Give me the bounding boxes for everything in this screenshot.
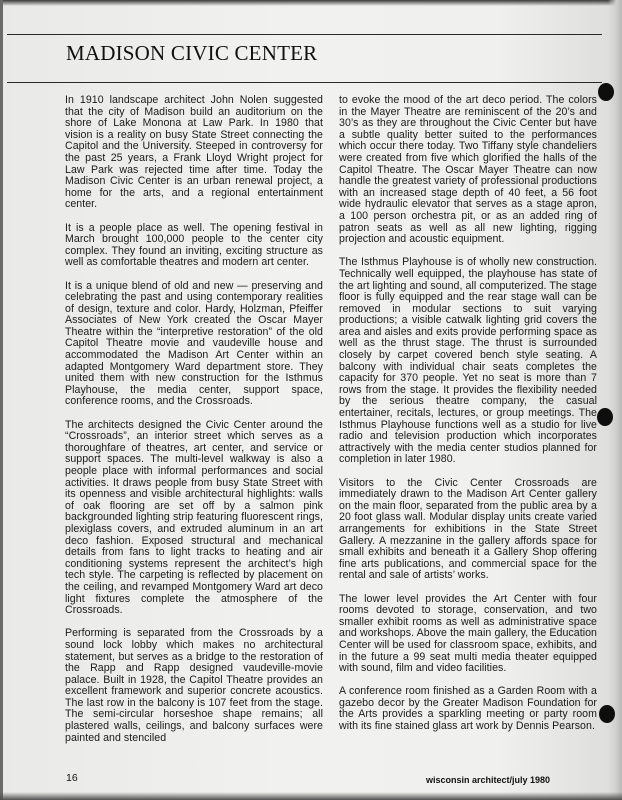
binder-hole-icon xyxy=(599,705,615,723)
left-column: In 1910 landscape architect John Nolen s… xyxy=(65,95,323,756)
publication-credit: wisconsin architect/july 1980 xyxy=(426,775,550,785)
page-title: MADISON CIVIC CENTER xyxy=(66,41,317,66)
scan-shadow-bottom xyxy=(0,792,622,800)
magazine-page: MADISON CIVIC CENTER In 1910 landscape a… xyxy=(0,0,622,800)
binder-hole-icon xyxy=(597,408,613,426)
paragraph: A conference room finished as a Garden R… xyxy=(339,686,597,732)
paragraph: The architects designed the Civic Center… xyxy=(65,420,323,617)
title-rule-top xyxy=(7,34,602,35)
paragraph: The Isthmus Playhouse is of wholly new c… xyxy=(339,257,597,466)
paragraph: The lower level provides the Art Center … xyxy=(339,594,597,675)
paragraph: It is a people place as well. The openin… xyxy=(65,223,323,269)
paragraph: Visitors to the Civic Center Crossroads … xyxy=(339,478,597,582)
page-number: 16 xyxy=(66,772,78,784)
right-column: to evoke the mood of the art deco period… xyxy=(339,95,597,744)
title-rule-bottom xyxy=(7,82,602,83)
scan-edge-right xyxy=(608,0,622,800)
paragraph: In 1910 landscape architect John Nolen s… xyxy=(65,95,323,211)
scan-edge-left xyxy=(0,0,3,800)
paragraph: Performing is separated from the Crossro… xyxy=(65,628,323,744)
scan-shadow-top xyxy=(0,0,622,6)
paragraph: to evoke the mood of the art deco period… xyxy=(339,95,597,246)
binder-hole-icon xyxy=(598,83,614,101)
paragraph: It is a unique blend of old and new — pr… xyxy=(65,281,323,409)
